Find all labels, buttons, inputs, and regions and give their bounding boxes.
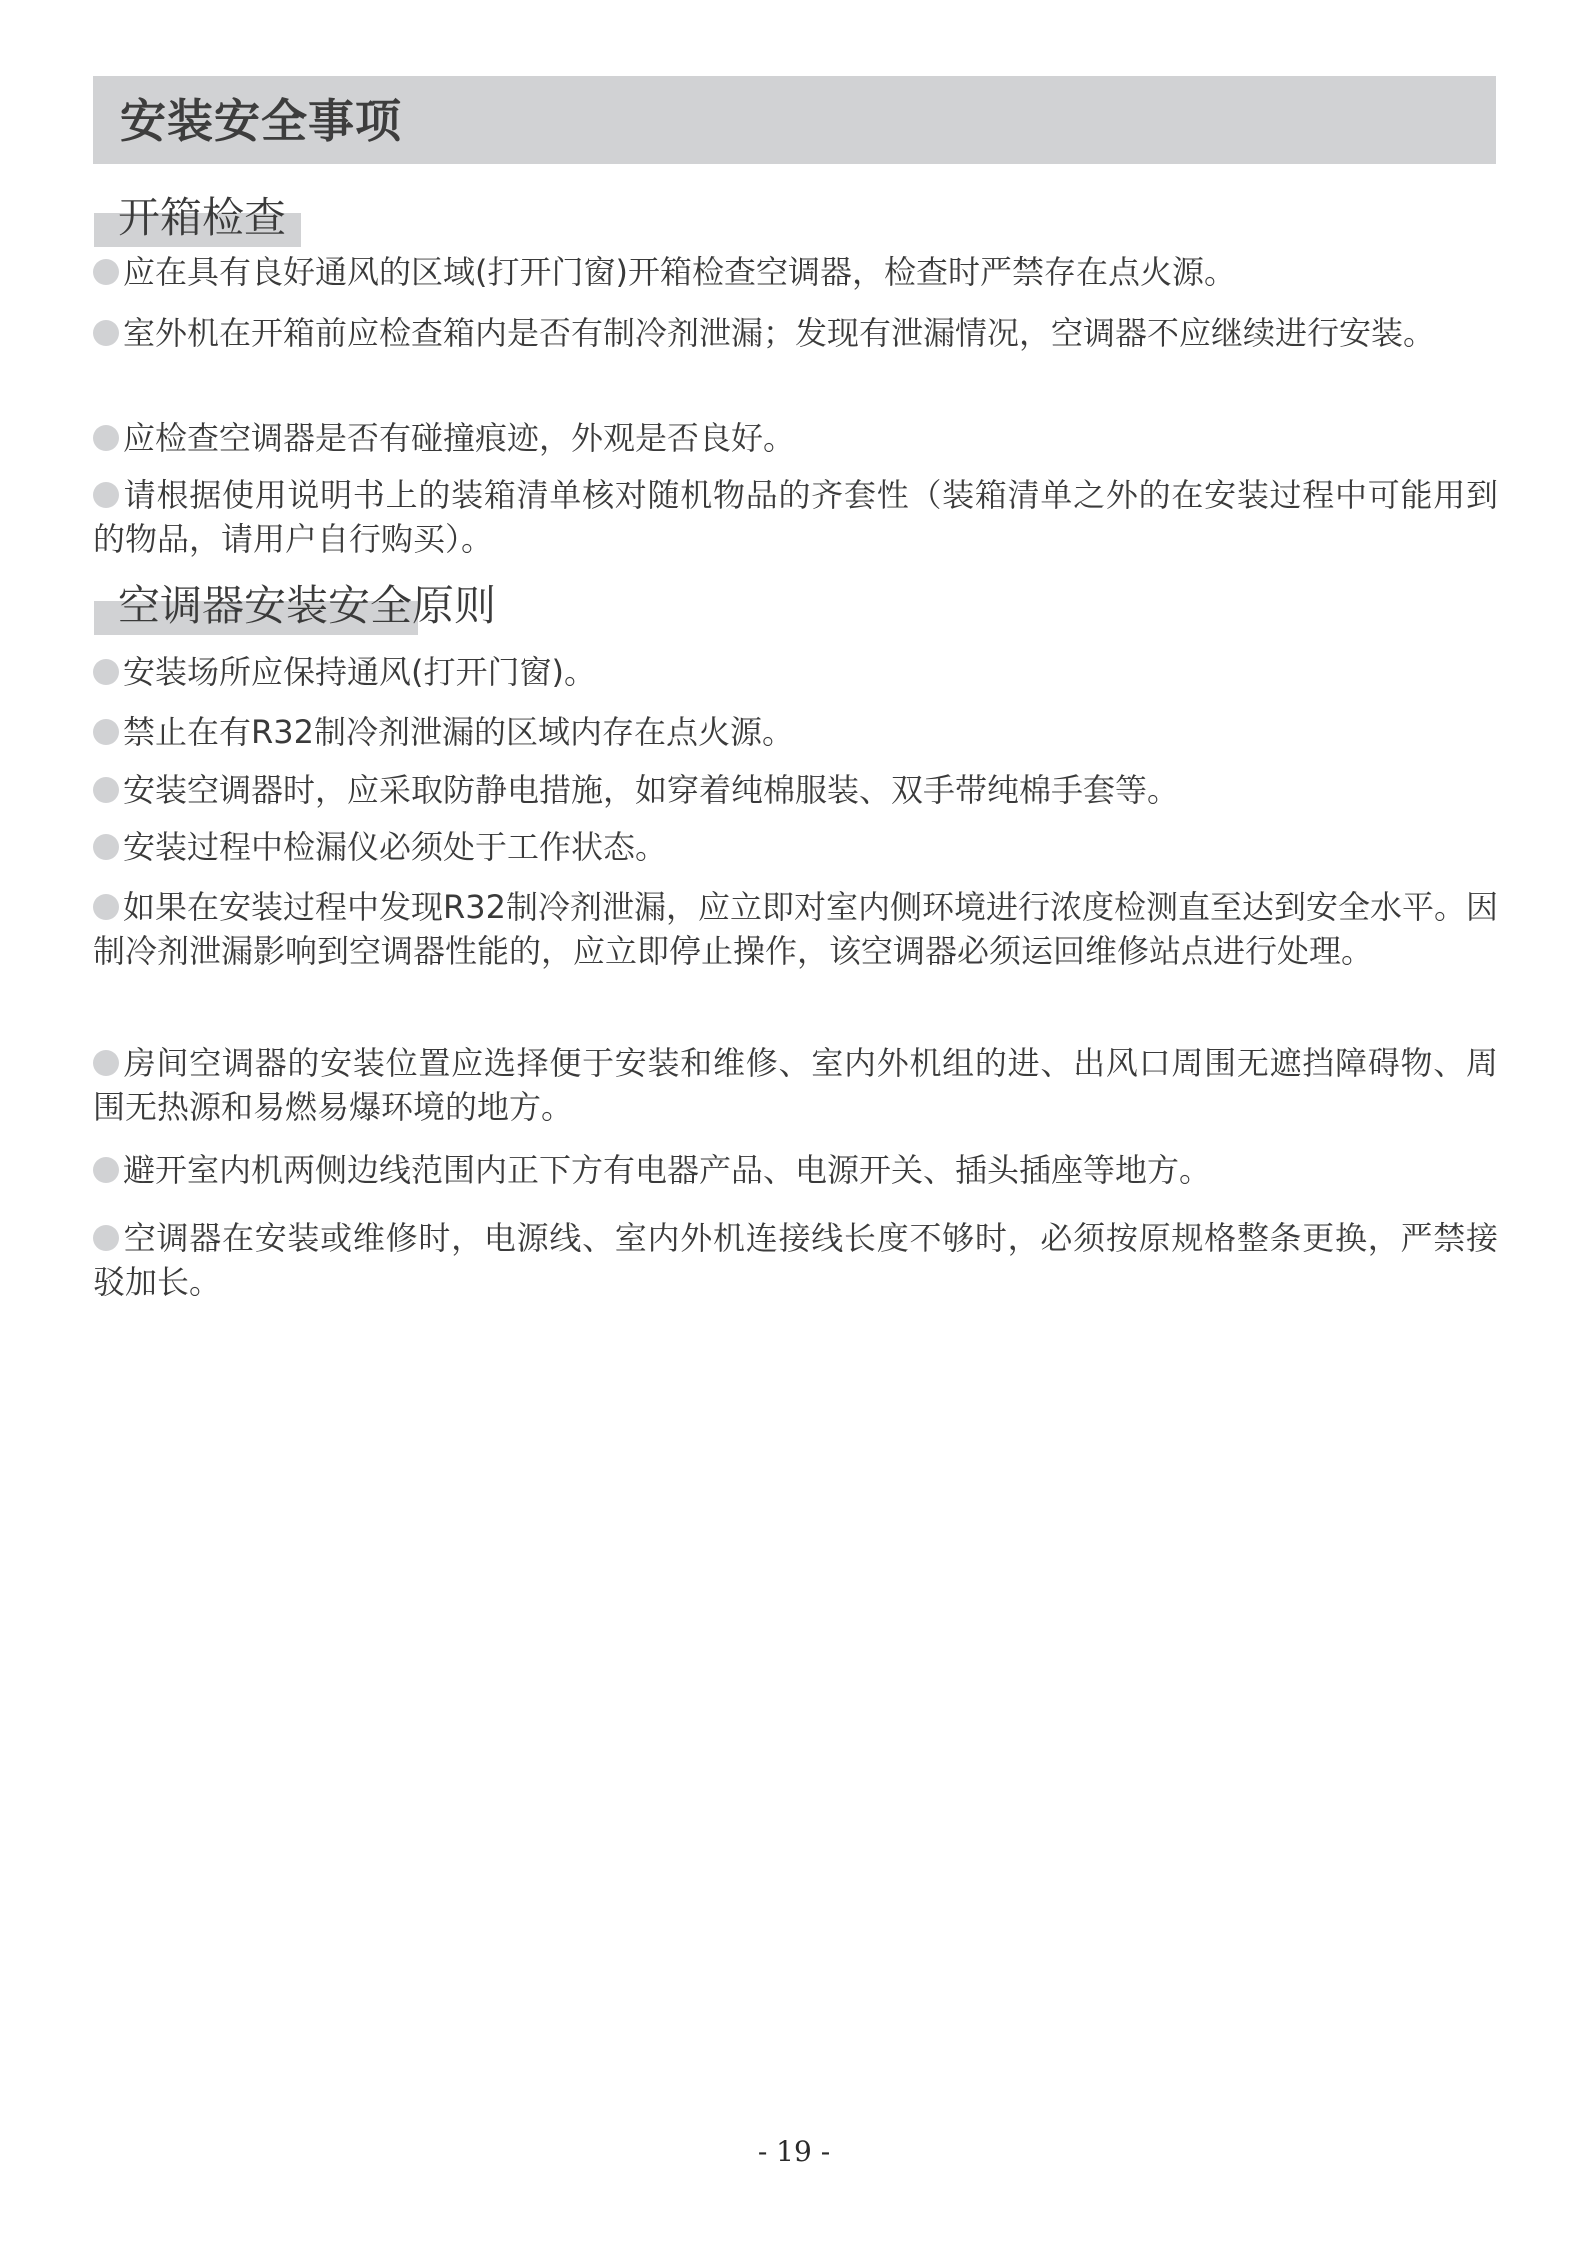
bullet-circle-icon (93, 1157, 119, 1183)
list-item: 禁止在有R32制冷剂泄漏的区域内存在点火源。 (93, 710, 1498, 754)
list-item: 房间空调器的安装位置应选择便于安装和维修、室内外机组的进、出风口周围无遮挡障碍物… (93, 1041, 1498, 1129)
list-item: 请根据使用说明书上的装箱清单核对随机物品的齐套性（装箱清单之外的在安装过程中可能… (93, 473, 1498, 561)
list-item: 应检查空调器是否有碰撞痕迹，外观是否良好。 (93, 416, 1498, 460)
list-item-text: 室外机在开箱前应检查箱内是否有制冷剂泄漏；发现有泄漏情况，空调器不应继续进行安装… (123, 314, 1435, 352)
bullet-circle-icon (93, 777, 119, 803)
list-item: 安装空调器时，应采取防静电措施，如穿着纯棉服装、双手带纯棉手套等。 (93, 768, 1498, 812)
bullet-circle-icon (93, 894, 119, 920)
page-number: - 19 - (0, 2134, 1588, 2170)
list-item-text: 空调器在安装或维修时，电源线、室内外机连接线长度不够时，必须按原规格整条更换，严… (93, 1219, 1498, 1301)
list-item: 应在具有良好通风的区域(打开门窗)开箱检查空调器，检查时严禁存在点火源。 (93, 250, 1498, 294)
bullet-circle-icon (93, 425, 119, 451)
section-heading-unboxing: 开箱检查 (94, 213, 301, 247)
list-item-text: 请根据使用说明书上的装箱清单核对随机物品的齐套性（装箱清单之外的在安装过程中可能… (93, 476, 1498, 558)
list-item-text: 安装场所应保持通风(打开门窗)。 (123, 653, 596, 691)
bullet-circle-icon (93, 259, 119, 285)
list-item-text: 如果在安装过程中发现R32制冷剂泄漏，应立即对室内侧环境进行浓度检测直至达到安全… (93, 888, 1498, 970)
list-item: 空调器在安装或维修时，电源线、室内外机连接线长度不够时，必须按原规格整条更换，严… (93, 1216, 1498, 1304)
bullet-circle-icon (93, 719, 119, 745)
bullet-circle-icon (93, 482, 119, 508)
list-item: 避开室内机两侧边线范围内正下方有电器产品、电源开关、插头插座等地方。 (93, 1148, 1498, 1192)
list-item: 室外机在开箱前应检查箱内是否有制冷剂泄漏；发现有泄漏情况，空调器不应继续进行安装… (93, 311, 1498, 355)
list-item-text: 安装空调器时，应采取防静电措施，如穿着纯棉服装、双手带纯棉手套等。 (123, 771, 1179, 809)
list-item: 安装场所应保持通风(打开门窗)。 (93, 650, 1498, 694)
list-item-text: 安装过程中检漏仪必须处于工作状态。 (123, 828, 667, 866)
list-item: 安装过程中检漏仪必须处于工作状态。 (93, 825, 1498, 869)
list-item-text: 禁止在有R32制冷剂泄漏的区域内存在点火源。 (123, 713, 794, 751)
page-header-bar: 安装安全事项 (93, 76, 1496, 164)
bullet-circle-icon (93, 1225, 119, 1251)
bullet-circle-icon (93, 834, 119, 860)
page-title: 安装安全事项 (120, 94, 402, 148)
section-heading-installation-principles: 空调器安装安全原则 (94, 601, 418, 635)
bullet-circle-icon (93, 320, 119, 346)
list-item-text: 避开室内机两侧边线范围内正下方有电器产品、电源开关、插头插座等地方。 (123, 1151, 1211, 1189)
bullet-circle-icon (93, 1050, 119, 1076)
section-heading-text: 空调器安装安全原则 (118, 583, 496, 629)
list-item: 如果在安装过程中发现R32制冷剂泄漏，应立即对室内侧环境进行浓度检测直至达到安全… (93, 885, 1498, 973)
bullet-circle-icon (93, 659, 119, 685)
list-item-text: 应在具有良好通风的区域(打开门窗)开箱检查空调器，检查时严禁存在点火源。 (123, 253, 1236, 291)
list-item-text: 房间空调器的安装位置应选择便于安装和维修、室内外机组的进、出风口周围无遮挡障碍物… (93, 1044, 1498, 1126)
section-heading-text: 开箱检查 (118, 195, 286, 241)
list-item-text: 应检查空调器是否有碰撞痕迹，外观是否良好。 (123, 419, 795, 457)
